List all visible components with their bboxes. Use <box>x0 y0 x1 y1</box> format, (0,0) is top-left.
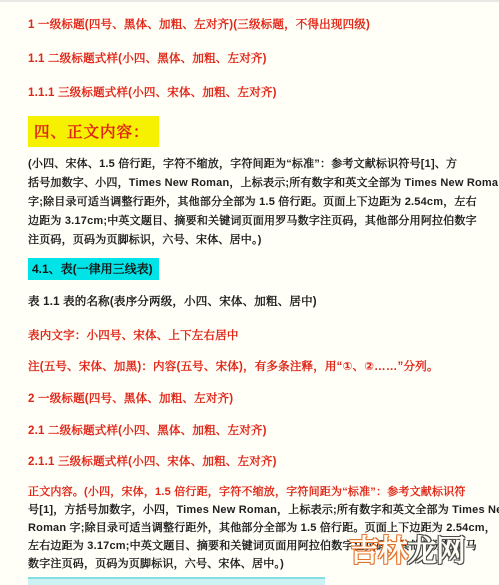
paragraph-line: 括号加数字、小四，Times New Roman，上标表示;所有数字和英文全部为… <box>28 174 488 193</box>
heading-level2: 1.1 二级标题式样(小四、黑体、加粗、左对齐) <box>28 50 267 66</box>
paragraph-line: 字;除目录可适当调整行距外，其他部分全部为 1.5 倍行距。页面上下边距为 2.… <box>28 193 488 212</box>
site-watermark: 吉林龙网 <box>349 526 465 570</box>
cutoff-cyan-highlight-bar <box>28 577 325 585</box>
table-note-line: 注(五号、宋体、加黑)：内容(五号、宋体)，有多条注释，用“①、②……”分列。 <box>28 358 439 374</box>
section-heading-table-rules: 4.1、表(一律用三线表) <box>28 258 159 280</box>
paragraph-line: 注页码，页码为页脚标识，六号、宋体、居中。) <box>28 231 488 250</box>
top-edge-divider <box>0 0 499 2</box>
section-heading-body-content: 四、正文内容： <box>28 116 159 147</box>
heading2-level1: 2 一级标题(四号、黑体、加粗、左对齐) <box>28 390 233 406</box>
document-page: 1 一级标题(四号、黑体、加粗、左对齐)(三级标题，不得出现四级) 1.1 二级… <box>0 0 499 585</box>
watermark-text-jilin: 吉林 <box>349 535 407 568</box>
paragraph-line: (小四、宋体、1.5 倍行距，字符不缩放，字符间距为“标准”：参考文献标识符号[… <box>28 155 488 174</box>
paragraph-line: 边距为 3.17cm;中英文题目、摘要和关键词页面用罗马数字注页码，其他部分用阿… <box>28 212 488 231</box>
watermark-text-longwang: 龙网 <box>407 535 465 568</box>
heading2-level2: 2.1 二级标题式样(小四、黑体、加粗、左对齐) <box>28 422 267 438</box>
heading2-level3: 2.1.1 三级标题式样(小四、宋体、加粗、左对齐) <box>28 453 277 469</box>
table-cell-text-line: 表内文字：小四号、宋体、上下左右居中 <box>28 327 239 343</box>
paragraph-line: 号[1]，方括号加数字，小四，Times New Roman，上标表示;所有数字… <box>28 501 488 519</box>
heading-level1: 1 一级标题(四号、黑体、加粗、左对齐)(三级标题，不得出现四级) <box>28 16 370 32</box>
paragraph-body-spec: (小四、宋体、1.5 倍行距，字符不缩放，字符间距为“标准”：参考文献标识符号[… <box>28 155 488 250</box>
heading-level3: 1.1.1 三级标题式样(小四、宋体、加粗、左对齐) <box>28 84 277 100</box>
table-caption-line: 表 1.1 表的名称(表序分两级，小四、宋体、加粗、居中) <box>28 293 317 309</box>
paragraph-lead-line: 正文内容。(小四，宋体，1.5 倍行距，字符不缩放，字符间距为“标准”：参考文献… <box>28 483 488 501</box>
